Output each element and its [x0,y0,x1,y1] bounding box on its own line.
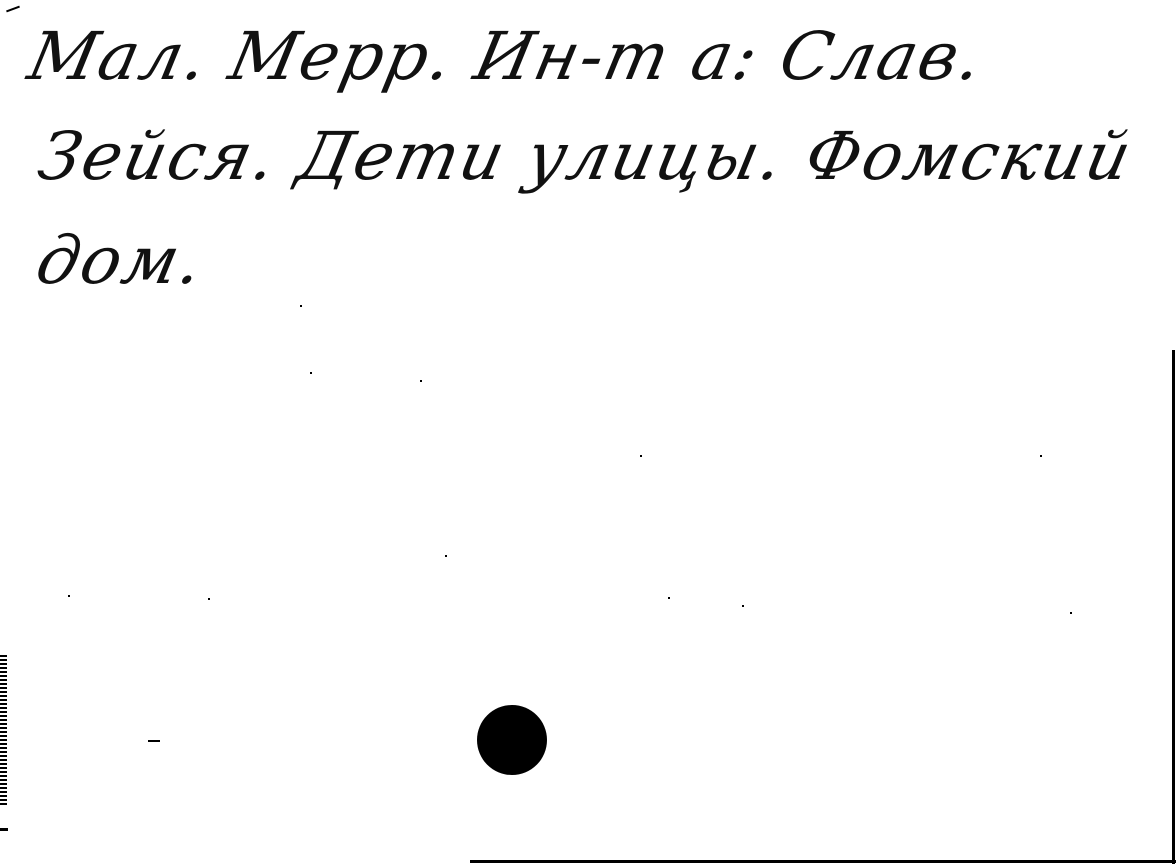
speck [1070,612,1072,614]
speck [310,372,312,374]
handwritten-line-2: Зейся. Дети улицы. Фомский [32,118,1140,195]
handwritten-line-3: дом. [30,222,212,299]
card-bottom-edge [470,860,1176,863]
speck [640,455,642,457]
card-right-edge [1172,350,1175,864]
speck [742,605,744,607]
speck [208,598,210,600]
corner-mark [6,6,20,13]
speck [420,380,422,382]
speck [445,555,447,557]
handwritten-line-1: Мал. Мерр. Ин-т а: Слав. [22,18,991,95]
index-card: Мал. Мерр. Ин-т а: Слав. Зейся. Дети ули… [0,0,1176,864]
speck [300,305,302,307]
scan-edge-mark [0,828,8,831]
speck [68,595,70,597]
speck [668,597,670,599]
speck [1040,455,1042,457]
punch-hole [477,705,547,775]
scan-edge-noise [0,655,7,805]
ink-dash [148,740,160,742]
